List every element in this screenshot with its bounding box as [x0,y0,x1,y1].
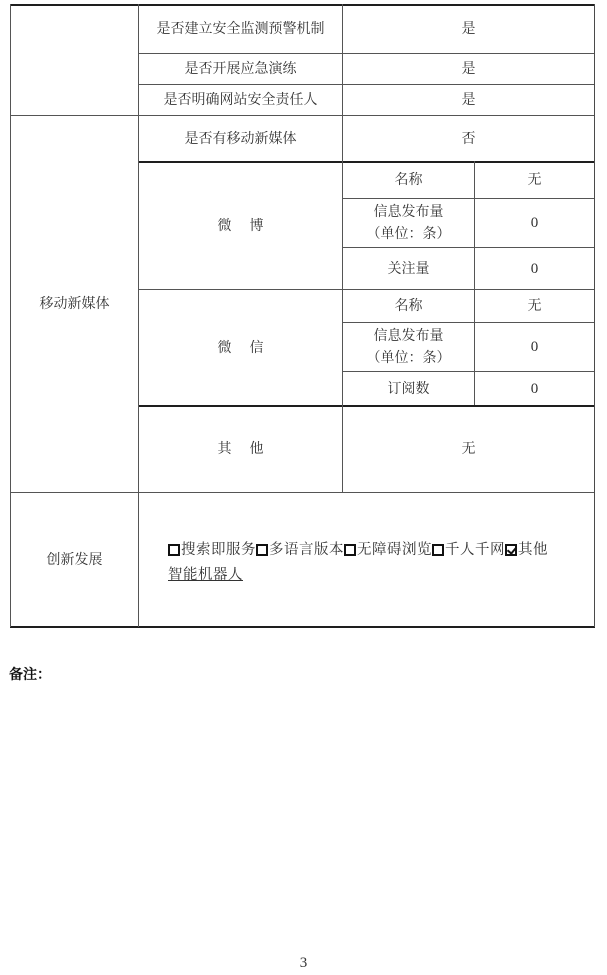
mobile-media-section-label: 移动新媒体 [11,116,138,492]
wechat-name-label: 名称 [343,290,474,322]
weibo-name-value: 无 [475,162,594,198]
security-monitoring-value: 是 [343,5,594,53]
has-mobile-media-value: 否 [343,116,594,161]
checkbox-checked-icon[interactable] [505,544,517,556]
innovation-section-label: 创新发展 [11,493,138,626]
table-bottom-border [10,626,595,628]
weibo-label: 微博 [139,162,342,289]
weibo-followers-value: 0 [475,248,594,289]
weibo-posts-value: 0 [475,199,594,247]
weibo-posts-label: 信息发布量（单位：条） [343,199,474,247]
other-media-label: 其他 [139,406,342,492]
wechat-label: 微信 [139,290,342,405]
checkbox-unchecked-icon[interactable] [168,544,180,556]
has-mobile-media-label: 是否有移动新媒体 [139,116,342,161]
wechat-posts-value: 0 [475,323,594,371]
checkbox-unchecked-icon[interactable] [344,544,356,556]
table-right-border [594,4,595,627]
wechat-posts-label: 信息发布量（单位：条） [343,323,474,371]
option-multilingual[interactable]: 多语言版本 [256,542,344,558]
notes-label: 备注： [9,664,51,684]
security-officer-value: 是 [343,85,594,115]
security-monitoring-label: 是否建立安全监测预警机制 [139,5,342,53]
option-personalized[interactable]: 千人千网 [432,542,505,558]
security-officer-label: 是否明确网站安全责任人 [139,85,342,115]
checkbox-unchecked-icon[interactable] [256,544,268,556]
emergency-drill-label: 是否开展应急演练 [139,54,342,84]
page-number: 3 [0,955,607,972]
innovation-options: 搜索即服务多语言版本无障碍浏览千人千网其他 智能机器人 [168,538,588,588]
option-other[interactable]: 其他 [505,542,548,558]
innovation-other-value: 智能机器人 [168,563,243,588]
weibo-followers-label: 关注量 [343,248,474,289]
option-search-as-service[interactable]: 搜索即服务 [168,542,256,558]
emergency-drill-value: 是 [343,54,594,84]
other-media-value: 无 [343,406,594,492]
weibo-name-label: 名称 [343,162,474,198]
option-accessibility[interactable]: 无障碍浏览 [344,542,432,558]
checkbox-unchecked-icon[interactable] [432,544,444,556]
wechat-name-value: 无 [475,290,594,322]
wechat-subscribers-value: 0 [475,372,594,405]
wechat-subscribers-label: 订阅数 [343,372,474,405]
